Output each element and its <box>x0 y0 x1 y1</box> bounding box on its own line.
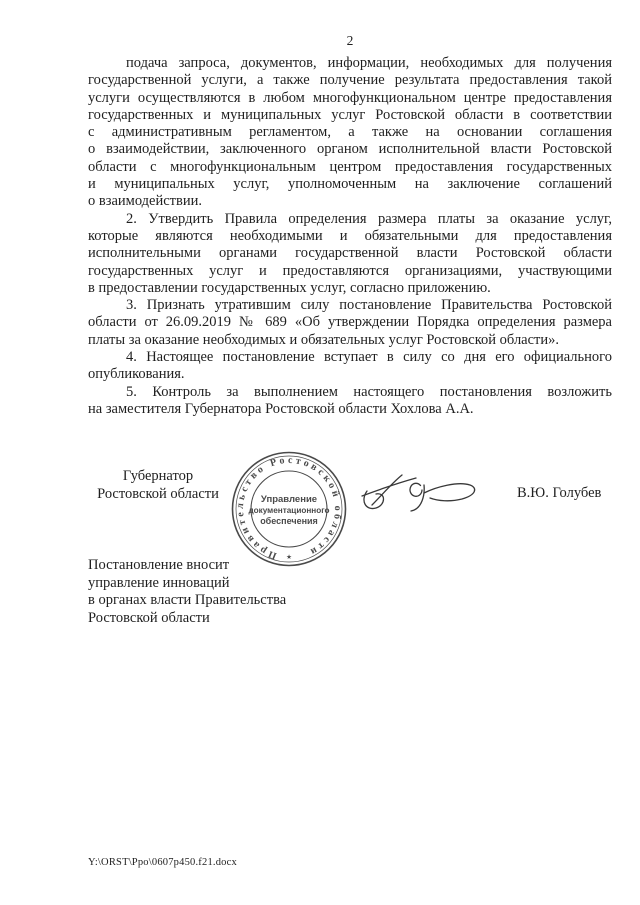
text-line: 5. Контроль за выполнением настоящего по… <box>88 384 612 401</box>
text-line: на заместителя Губернатора Ростовской об… <box>88 401 612 418</box>
text-line: о взаимодействии. <box>88 193 612 210</box>
text-line: 2. Утвердить Правила определения размера… <box>88 211 612 228</box>
text-line: государственных услуг и предоставляются … <box>88 263 612 280</box>
submitter-note-line: управление инноваций <box>88 575 286 593</box>
text-line: услуги осуществляются в любом многофункц… <box>88 90 612 107</box>
stamp-star-icon: ★ <box>286 553 292 561</box>
signer-title-line: Губернатор <box>88 468 228 486</box>
page-number: 2 <box>88 33 612 49</box>
submitter-note-line: Постановление вносит <box>88 557 286 575</box>
text-line: которые являются необходимыми и обязател… <box>88 228 612 245</box>
paragraph: 2. Утвердить Правила определения размера… <box>88 211 612 297</box>
submitter-note-line: в органах власти Правительства <box>88 592 286 610</box>
stamp-center-line: документационного <box>248 506 329 515</box>
official-stamp: Правительство Ростовской области Управле… <box>229 449 349 569</box>
paragraph: 3. Признать утратившим силу постановлени… <box>88 297 612 349</box>
text-line: опубликования. <box>88 366 612 383</box>
signer-title: Губернатор Ростовской области <box>88 468 228 503</box>
text-line: в предоставлении государственных услуг, … <box>88 280 612 297</box>
paragraph: 5. Контроль за выполнением настоящего по… <box>88 384 612 419</box>
text-line: исполнительными органами государственной… <box>88 245 612 262</box>
signer-name: В.Ю. Голубев <box>517 485 601 502</box>
text-line: платы за оказание необходимых и обязател… <box>88 332 612 349</box>
submitter-note: Постановление вносит управление инноваци… <box>88 557 286 627</box>
text-line: с административным регламентом, а также … <box>88 124 612 141</box>
paragraph: подача запроса, документов, информации, … <box>88 55 612 211</box>
submitter-note-line: Ростовской области <box>88 610 286 628</box>
signature-stroke <box>424 484 475 501</box>
document-body: подача запроса, документов, информации, … <box>88 55 612 418</box>
text-line: области от 26.09.2019 № 689 «Об утвержде… <box>88 314 612 331</box>
document-page: 2 подача запроса, документов, информации… <box>0 0 640 905</box>
text-line: и муниципальных услуг, уполномоченным на… <box>88 176 612 193</box>
signature-stroke <box>364 475 402 509</box>
stamp-center-line: обеспечения <box>260 516 318 526</box>
text-line: 3. Признать утратившим силу постановлени… <box>88 297 612 314</box>
text-line: 4. Настоящее постановление вступает в си… <box>88 349 612 366</box>
signature-scribble <box>356 464 480 520</box>
text-line: подача запроса, документов, информации, … <box>88 55 612 72</box>
signature-stroke <box>410 483 424 511</box>
file-path: Y:\ORST\Ppo\0607p450.f21.docx <box>88 857 237 868</box>
stamp-center-line: Управление <box>261 494 317 505</box>
signer-title-line: Ростовской области <box>88 486 228 504</box>
text-line: области с многофункциональным центром пр… <box>88 159 612 176</box>
text-line: государственной услуги, а также получени… <box>88 72 612 89</box>
paragraph: 4. Настоящее постановление вступает в си… <box>88 349 612 384</box>
text-line: государственных и муниципальных услуг Ро… <box>88 107 612 124</box>
text-line: о взаимодействии, заключенного органом и… <box>88 141 612 158</box>
